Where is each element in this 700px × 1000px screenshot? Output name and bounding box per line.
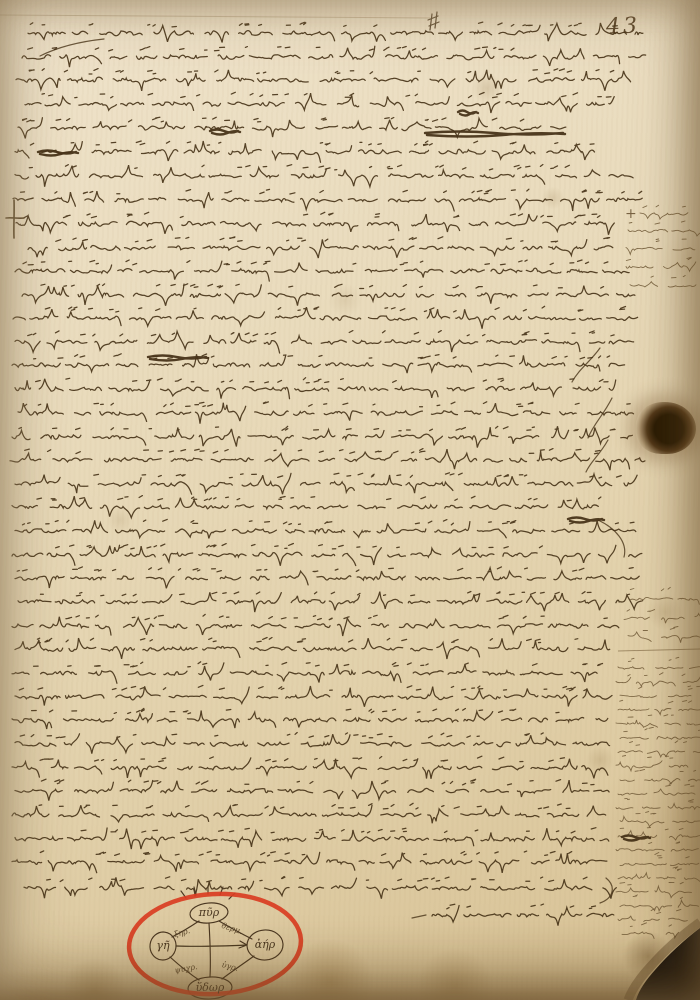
handwriting-line — [13, 306, 638, 328]
handwriting-line — [15, 779, 609, 800]
handwriting-line — [12, 803, 606, 823]
left-margin-cross — [6, 200, 24, 238]
marginal-note-line — [626, 239, 695, 254]
marginal-note-line — [618, 741, 700, 757]
marginal-note-line — [628, 221, 700, 236]
marginal-note-line — [616, 756, 688, 771]
marginal-note-line — [618, 783, 695, 796]
marginal-note-line — [624, 610, 700, 624]
handwriting-line — [22, 46, 646, 67]
marginal-note-line — [640, 205, 688, 219]
pen-flourish — [588, 398, 612, 438]
strikethrough-marks — [38, 111, 650, 841]
margin-cross-marker: + — [625, 206, 637, 222]
marginal-note-line — [622, 923, 679, 939]
handwriting-line — [12, 426, 632, 447]
pen-flourish — [586, 440, 608, 472]
handwriting-line — [12, 354, 625, 373]
pen-flourish — [598, 520, 625, 557]
handwriting-line — [15, 260, 629, 281]
handwriting-line — [12, 756, 608, 779]
marginal-note-line — [630, 276, 696, 288]
handwriting-line — [12, 851, 607, 873]
handwriting-line — [15, 519, 636, 538]
element-label-water: ὕδωρ — [196, 981, 225, 994]
marginal-note-line — [620, 812, 700, 827]
handwriting-line — [15, 141, 595, 162]
handwriting-line — [15, 567, 639, 588]
handwriting-line — [22, 284, 635, 306]
margin-rule — [618, 649, 700, 651]
handwriting-line — [18, 592, 643, 613]
handwriting-line — [12, 708, 608, 729]
pen-flourish — [40, 39, 104, 56]
handwriting-line — [28, 22, 643, 42]
pen-flourish — [428, 12, 439, 30]
handwriting-line — [28, 237, 613, 258]
handwriting-line — [12, 614, 619, 636]
marginal-note-line — [616, 673, 700, 687]
handwriting-line — [15, 828, 609, 849]
handwriting-line — [15, 378, 616, 399]
marginal-note-line — [618, 867, 700, 882]
marginal-note-line — [626, 257, 696, 271]
strikethrough — [622, 836, 650, 841]
marginal-note-line — [616, 715, 700, 728]
handwriting-line — [12, 662, 603, 684]
marginal-note-line — [620, 853, 699, 866]
element-label-air: ἀήρ — [255, 938, 276, 951]
handwriting-line — [13, 189, 642, 211]
strikethrough — [425, 132, 565, 137]
element-label-earth: γῆ — [156, 939, 169, 952]
handwriting-line — [16, 69, 631, 91]
manuscript-photo: 43 + πῦργῆἀήρὕδωρξηρ.θερμ.ψυχρ.ὑγρ. — [0, 0, 700, 1000]
strikethrough — [458, 111, 478, 116]
handwriting-line — [16, 212, 614, 235]
marginal-note-line — [618, 909, 687, 922]
handwriting-line — [15, 638, 610, 660]
handwriting-line — [15, 473, 637, 494]
marginal-note-line — [618, 657, 700, 669]
strikethrough — [38, 151, 78, 156]
marginal-note-line — [618, 700, 700, 714]
handwriting-line — [18, 402, 634, 424]
marginal-note-line — [620, 895, 699, 911]
marginal-note-line — [620, 686, 700, 697]
marginal-note-line — [616, 798, 700, 809]
pen-flourish — [412, 915, 426, 918]
main-text-block — [10, 22, 646, 926]
element-label-fire: πῦρ — [199, 906, 219, 919]
marginal-notes — [616, 205, 700, 938]
handwriting-line — [24, 877, 616, 899]
handwriting-line — [15, 331, 634, 353]
handwriting-line — [10, 449, 645, 471]
ink-blot — [636, 402, 696, 454]
marginal-note-line — [620, 727, 700, 739]
handwriting-line — [432, 904, 614, 926]
marginal-note-line — [618, 828, 700, 841]
handwriting-line — [12, 544, 642, 566]
handwriting-line — [25, 92, 614, 113]
handwriting-line — [15, 165, 633, 187]
handwriting-line — [15, 685, 612, 706]
handwriting-line — [12, 496, 601, 518]
pen-flourishes — [40, 12, 625, 918]
handwriting-layer — [0, 0, 700, 1000]
torn-corner — [636, 928, 700, 1000]
handwriting-line — [15, 733, 610, 754]
strikethrough — [210, 130, 240, 135]
marginal-note-line — [616, 882, 692, 897]
marginal-note-line — [628, 627, 700, 643]
marginal-note-line — [620, 769, 700, 784]
